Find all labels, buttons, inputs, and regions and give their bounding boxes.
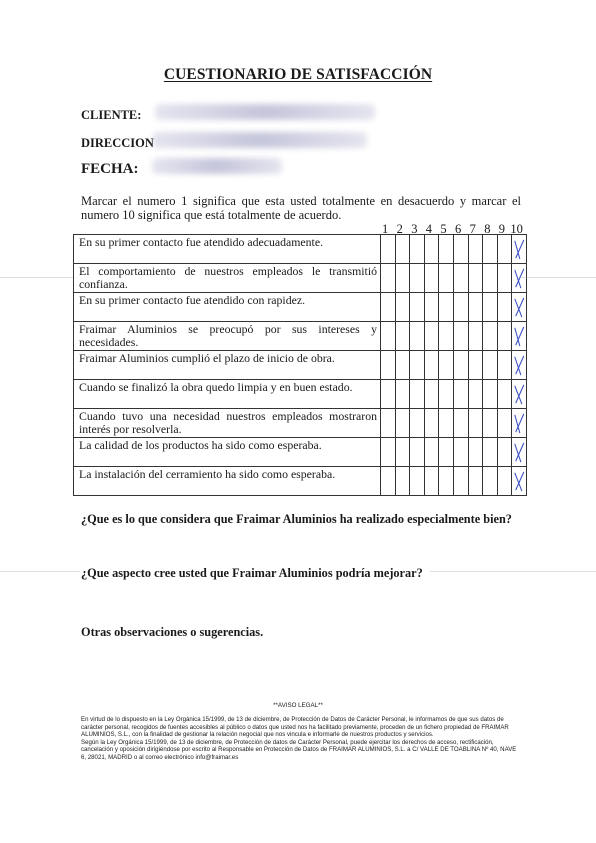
rating-cell-5[interactable] — [439, 235, 454, 264]
rating-cell-7[interactable] — [468, 293, 483, 322]
rating-cell-7[interactable] — [468, 351, 483, 380]
open-question-improve: ¿Que aspecto cree usted que Fraimar Alum… — [81, 566, 423, 581]
rating-cell-9[interactable] — [497, 438, 512, 467]
rating-cell-7[interactable] — [468, 380, 483, 409]
rating-cell-8[interactable] — [483, 438, 498, 467]
direccion-value-redacted — [152, 132, 367, 148]
rating-cell-3[interactable] — [410, 409, 425, 438]
rating-cell-8[interactable] — [483, 322, 498, 351]
rating-cell-10[interactable] — [512, 409, 527, 438]
rating-cell-10[interactable] — [512, 293, 527, 322]
rating-cell-6[interactable] — [453, 380, 468, 409]
scan-artifact — [430, 571, 596, 572]
rating-cell-2[interactable] — [395, 293, 410, 322]
rating-cell-7[interactable] — [468, 235, 483, 264]
rating-cell-1[interactable] — [381, 264, 396, 293]
rating-cell-6[interactable] — [453, 409, 468, 438]
rating-cell-9[interactable] — [497, 467, 512, 496]
rating-cell-7[interactable] — [468, 409, 483, 438]
rating-cell-2[interactable] — [395, 467, 410, 496]
rating-cell-4[interactable] — [424, 409, 439, 438]
rating-cell-1[interactable] — [381, 235, 396, 264]
rating-cell-9[interactable] — [497, 351, 512, 380]
rating-cell-6[interactable] — [453, 467, 468, 496]
rating-cell-4[interactable] — [424, 438, 439, 467]
handwritten-x-mark-icon — [512, 440, 526, 464]
rating-cell-9[interactable] — [497, 293, 512, 322]
question-text: La instalación del cerramiento ha sido c… — [74, 467, 381, 496]
rating-cell-2[interactable] — [395, 351, 410, 380]
handwritten-x-mark-icon — [512, 266, 526, 290]
rating-cell-10[interactable] — [512, 380, 527, 409]
question-row: La calidad de los productos ha sido como… — [74, 438, 527, 467]
rating-cell-4[interactable] — [424, 264, 439, 293]
rating-cell-2[interactable] — [395, 264, 410, 293]
rating-cell-2[interactable] — [395, 322, 410, 351]
question-row: La instalación del cerramiento ha sido c… — [74, 467, 527, 496]
legal-paragraph-2: Según la Ley Orgánica 15/1999, de 13 de … — [81, 739, 521, 762]
rating-cell-10[interactable] — [512, 438, 527, 467]
question-text: La calidad de los productos ha sido como… — [74, 438, 381, 467]
handwritten-x-mark-icon — [512, 382, 526, 406]
question-text: Cuando tuvo una necesidad nuestros emple… — [74, 409, 381, 438]
rating-cell-5[interactable] — [439, 380, 454, 409]
question-text: En su primer contacto fue atendido con r… — [74, 293, 381, 322]
question-row: Cuando se finalizó la obra quedo limpia … — [74, 380, 527, 409]
rating-cell-7[interactable] — [468, 438, 483, 467]
rating-cell-1[interactable] — [381, 409, 396, 438]
rating-cell-3[interactable] — [410, 293, 425, 322]
rating-cell-7[interactable] — [468, 322, 483, 351]
question-row: En su primer contacto fue atendido adecu… — [74, 235, 527, 264]
rating-cell-4[interactable] — [424, 467, 439, 496]
direccion-label: DIRECCION — [81, 136, 154, 151]
document-title: CUESTIONARIO DE SATISFACCIÓN — [0, 66, 596, 84]
rating-cell-9[interactable] — [497, 235, 512, 264]
question-row: Fraimar Aluminios cumplió el plazo de in… — [74, 351, 527, 380]
rating-cell-4[interactable] — [424, 322, 439, 351]
rating-table: En su primer contacto fue atendido adecu… — [73, 234, 527, 496]
rating-cell-8[interactable] — [483, 264, 498, 293]
rating-cell-8[interactable] — [483, 380, 498, 409]
rating-cell-6[interactable] — [453, 264, 468, 293]
rating-cell-4[interactable] — [424, 351, 439, 380]
question-text: En su primer contacto fue atendido adecu… — [74, 235, 381, 264]
rating-cell-8[interactable] — [483, 467, 498, 496]
rating-cell-4[interactable] — [424, 293, 439, 322]
question-text: Cuando se finalizó la obra quedo limpia … — [74, 380, 381, 409]
rating-cell-7[interactable] — [468, 264, 483, 293]
rating-cell-1[interactable] — [381, 293, 396, 322]
rating-cell-4[interactable] — [424, 235, 439, 264]
question-text: El comportamiento de nuestros empleados … — [74, 264, 381, 293]
legal-paragraph-1: En virtud de lo dispuesto en la Ley Orgá… — [81, 716, 521, 739]
fecha-value-redacted — [152, 158, 282, 174]
question-row: En su primer contacto fue atendido con r… — [74, 293, 527, 322]
rating-cell-1[interactable] — [381, 380, 396, 409]
open-question-well-done: ¿Que es lo que considera que Fraimar Alu… — [81, 512, 512, 527]
question-row: Cuando tuvo una necesidad nuestros emple… — [74, 409, 527, 438]
rating-cell-9[interactable] — [497, 409, 512, 438]
handwritten-x-mark-icon — [512, 295, 526, 319]
rating-cell-6[interactable] — [453, 235, 468, 264]
rating-cell-10[interactable] — [512, 264, 527, 293]
questionnaire-page: CUESTIONARIO DE SATISFACCIÓN CLIENTE: DI… — [0, 0, 596, 843]
rating-cell-8[interactable] — [483, 293, 498, 322]
rating-cell-10[interactable] — [512, 467, 527, 496]
rating-cell-10[interactable] — [512, 322, 527, 351]
rating-cell-9[interactable] — [497, 380, 512, 409]
handwritten-x-mark-icon — [512, 237, 526, 261]
legal-notice: En virtud de lo dispuesto en la Ley Orgá… — [81, 716, 521, 762]
open-question-observations: Otras observaciones o sugerencias. — [81, 625, 263, 640]
rating-cell-8[interactable] — [483, 409, 498, 438]
rating-cell-5[interactable] — [439, 322, 454, 351]
rating-cell-4[interactable] — [424, 380, 439, 409]
instructions-text: Marcar el numero 1 significa que esta us… — [81, 194, 521, 222]
rating-cell-2[interactable] — [395, 235, 410, 264]
rating-cell-2[interactable] — [395, 438, 410, 467]
cliente-label: CLIENTE: — [81, 108, 141, 123]
rating-cell-2[interactable] — [395, 380, 410, 409]
rating-cell-8[interactable] — [483, 351, 498, 380]
rating-cell-6[interactable] — [453, 438, 468, 467]
rating-cell-9[interactable] — [497, 264, 512, 293]
handwritten-x-mark-icon — [512, 469, 526, 493]
rating-cell-3[interactable] — [410, 351, 425, 380]
rating-cell-3[interactable] — [410, 438, 425, 467]
rating-cell-5[interactable] — [439, 264, 454, 293]
rating-cell-3[interactable] — [410, 235, 425, 264]
rating-cell-9[interactable] — [497, 322, 512, 351]
rating-cell-5[interactable] — [439, 293, 454, 322]
scan-artifact — [0, 277, 75, 278]
handwritten-x-mark-icon — [512, 324, 526, 348]
rating-cell-8[interactable] — [483, 235, 498, 264]
rating-cell-1[interactable] — [381, 467, 396, 496]
rating-cell-3[interactable] — [410, 264, 425, 293]
question-row: Fraimar Aluminios se preocupó por sus in… — [74, 322, 527, 351]
rating-cell-1[interactable] — [381, 351, 396, 380]
rating-cell-3[interactable] — [410, 380, 425, 409]
rating-cell-1[interactable] — [381, 322, 396, 351]
handwritten-x-mark-icon — [512, 353, 526, 377]
rating-cell-5[interactable] — [439, 351, 454, 380]
question-row: El comportamiento de nuestros empleados … — [74, 264, 527, 293]
rating-cell-10[interactable] — [512, 235, 527, 264]
rating-cell-10[interactable] — [512, 351, 527, 380]
rating-cell-7[interactable] — [468, 467, 483, 496]
cliente-value-redacted — [155, 104, 375, 120]
rating-cell-2[interactable] — [395, 409, 410, 438]
rating-cell-6[interactable] — [453, 351, 468, 380]
fecha-label: FECHA: — [81, 161, 139, 178]
rating-cell-3[interactable] — [410, 467, 425, 496]
rating-cell-1[interactable] — [381, 438, 396, 467]
legal-notice-title: **AVISO LEGAL** — [0, 702, 596, 709]
question-text: Fraimar Aluminios cumplió el plazo de in… — [74, 351, 381, 380]
rating-cell-5[interactable] — [439, 409, 454, 438]
rating-cell-3[interactable] — [410, 322, 425, 351]
handwritten-x-mark-icon — [512, 411, 526, 435]
scan-artifact — [0, 571, 80, 572]
rating-cell-5[interactable] — [439, 467, 454, 496]
rating-cell-6[interactable] — [453, 293, 468, 322]
rating-cell-6[interactable] — [453, 322, 468, 351]
question-text: Fraimar Aluminios se preocupó por sus in… — [74, 322, 381, 351]
scan-artifact — [517, 277, 596, 278]
rating-cell-5[interactable] — [439, 438, 454, 467]
